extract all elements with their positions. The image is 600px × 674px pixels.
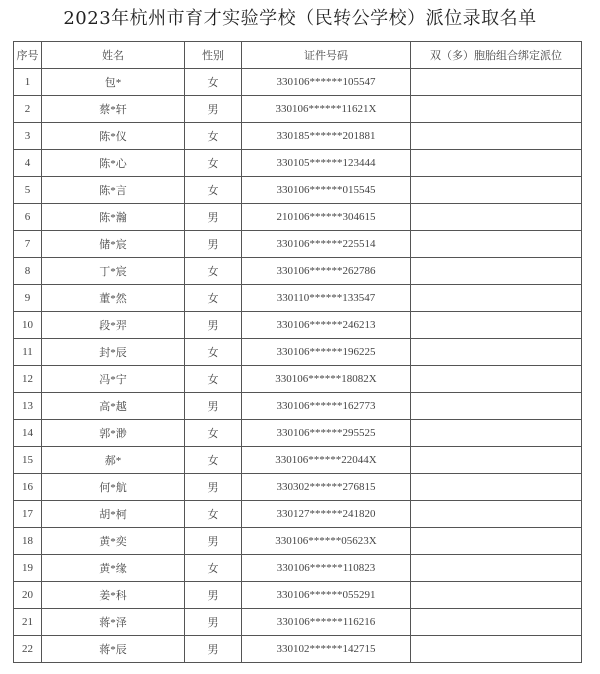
twin-binding [411,555,582,582]
table-row: 17胡*柯女330127******241820 [14,501,582,528]
student-gender: 男 [185,312,242,339]
student-gender: 男 [185,204,242,231]
twin-binding [411,177,582,204]
student-gender: 女 [185,123,242,150]
student-name: 封*辰 [42,339,185,366]
student-gender: 女 [185,69,242,96]
table-row: 16何*航男330302******276815 [14,474,582,501]
table-row: 10段*羿男330106******246213 [14,312,582,339]
document-title: 2023年杭州市育才实验学校（民转公学校）派位录取名单 [0,4,600,30]
table-row: 12冯*宁女330106******18082X [14,366,582,393]
table-row: 7储*宸男330106******225514 [14,231,582,258]
row-number: 16 [14,474,42,501]
table-row: 9董*然女330110******133547 [14,285,582,312]
header-id-number: 证件号码 [242,42,411,69]
student-gender: 男 [185,96,242,123]
row-number: 22 [14,636,42,663]
row-number: 10 [14,312,42,339]
student-gender: 女 [185,366,242,393]
table-row: 5陈*言女330106******015545 [14,177,582,204]
student-name: 包* [42,69,185,96]
row-number: 8 [14,258,42,285]
row-number: 11 [14,339,42,366]
student-name: 丁*宸 [42,258,185,285]
table-row: 21蒋*泽男330106******116216 [14,609,582,636]
id-number: 330127******241820 [242,501,411,528]
table-row: 20姜*科男330106******055291 [14,582,582,609]
twin-binding [411,285,582,312]
twin-binding [411,123,582,150]
header-number: 序号 [14,42,42,69]
twin-binding [411,366,582,393]
row-number: 3 [14,123,42,150]
student-gender: 男 [185,609,242,636]
row-number: 19 [14,555,42,582]
header-name: 姓名 [42,42,185,69]
row-number: 18 [14,528,42,555]
table-row: 22蒋*辰男330102******142715 [14,636,582,663]
table-row: 2蔡*轩男330106******11621X [14,96,582,123]
twin-binding [411,420,582,447]
twin-binding [411,609,582,636]
table-row: 13高*越男330106******162773 [14,393,582,420]
twin-binding [411,528,582,555]
header-gender: 性别 [185,42,242,69]
table-header-row: 序号 姓名 性别 证件号码 双（多）胞胎组合绑定派位 [14,42,582,69]
id-number: 330102******142715 [242,636,411,663]
row-number: 14 [14,420,42,447]
row-number: 4 [14,150,42,177]
id-number: 330106******015545 [242,177,411,204]
student-name: 冯*宁 [42,366,185,393]
student-name: 储*宸 [42,231,185,258]
id-number: 330106******116216 [242,609,411,636]
row-number: 2 [14,96,42,123]
student-name: 胡*柯 [42,501,185,528]
id-number: 330106******246213 [242,312,411,339]
table-row: 15郝*女330106******22044X [14,447,582,474]
row-number: 21 [14,609,42,636]
student-gender: 男 [185,231,242,258]
student-name: 何*航 [42,474,185,501]
student-name: 黄*奕 [42,528,185,555]
header-twin-binding: 双（多）胞胎组合绑定派位 [411,42,582,69]
id-number: 210106******304615 [242,204,411,231]
id-number: 330185******201881 [242,123,411,150]
row-number: 17 [14,501,42,528]
id-number: 330302******276815 [242,474,411,501]
twin-binding [411,204,582,231]
student-gender: 女 [185,258,242,285]
table-row: 6陈*瀚男210106******304615 [14,204,582,231]
student-name: 姜*科 [42,582,185,609]
table-row: 14郭*渺女330106******295525 [14,420,582,447]
twin-binding [411,312,582,339]
student-name: 蒋*辰 [42,636,185,663]
table-row: 1包*女330106******105547 [14,69,582,96]
student-gender: 女 [185,150,242,177]
twin-binding [411,474,582,501]
row-number: 5 [14,177,42,204]
row-number: 7 [14,231,42,258]
id-number: 330106******055291 [242,582,411,609]
id-number: 330106******162773 [242,393,411,420]
twin-binding [411,231,582,258]
table-row: 11封*辰女330106******196225 [14,339,582,366]
twin-binding [411,96,582,123]
student-name: 陈*言 [42,177,185,204]
student-gender: 女 [185,447,242,474]
student-gender: 男 [185,528,242,555]
student-name: 郝* [42,447,185,474]
student-name: 陈*仪 [42,123,185,150]
id-number: 330106******110823 [242,555,411,582]
id-number: 330110******133547 [242,285,411,312]
student-gender: 男 [185,636,242,663]
student-name: 陈*心 [42,150,185,177]
twin-binding [411,150,582,177]
table-row: 8丁*宸女330106******262786 [14,258,582,285]
table-row: 19黄*缘女330106******110823 [14,555,582,582]
table-row: 3陈*仪女330185******201881 [14,123,582,150]
id-number: 330106******05623X [242,528,411,555]
student-gender: 男 [185,474,242,501]
table-body: 1包*女330106******1055472蔡*轩男330106******1… [14,69,582,663]
twin-binding [411,501,582,528]
student-gender: 女 [185,285,242,312]
table-row: 18黄*奕男330106******05623X [14,528,582,555]
student-name: 郭*渺 [42,420,185,447]
student-name: 董*然 [42,285,185,312]
student-gender: 女 [185,420,242,447]
id-number: 330105******123444 [242,150,411,177]
student-gender: 女 [185,339,242,366]
id-number: 330106******295525 [242,420,411,447]
row-number: 20 [14,582,42,609]
student-name: 高*越 [42,393,185,420]
student-gender: 男 [185,582,242,609]
twin-binding [411,258,582,285]
student-name: 段*羿 [42,312,185,339]
student-gender: 女 [185,177,242,204]
row-number: 12 [14,366,42,393]
admission-table: 序号 姓名 性别 证件号码 双（多）胞胎组合绑定派位 1包*女330106***… [13,41,582,663]
row-number: 9 [14,285,42,312]
row-number: 13 [14,393,42,420]
twin-binding [411,339,582,366]
twin-binding [411,69,582,96]
id-number: 330106******22044X [242,447,411,474]
id-number: 330106******105547 [242,69,411,96]
twin-binding [411,393,582,420]
row-number: 6 [14,204,42,231]
student-name: 黄*缘 [42,555,185,582]
student-name: 陈*瀚 [42,204,185,231]
id-number: 330106******196225 [242,339,411,366]
student-name: 蔡*轩 [42,96,185,123]
id-number: 330106******225514 [242,231,411,258]
student-gender: 女 [185,555,242,582]
twin-binding [411,447,582,474]
id-number: 330106******262786 [242,258,411,285]
student-name: 蒋*泽 [42,609,185,636]
row-number: 1 [14,69,42,96]
id-number: 330106******18082X [242,366,411,393]
student-gender: 女 [185,501,242,528]
table-row: 4陈*心女330105******123444 [14,150,582,177]
student-gender: 男 [185,393,242,420]
twin-binding [411,636,582,663]
twin-binding [411,582,582,609]
row-number: 15 [14,447,42,474]
id-number: 330106******11621X [242,96,411,123]
